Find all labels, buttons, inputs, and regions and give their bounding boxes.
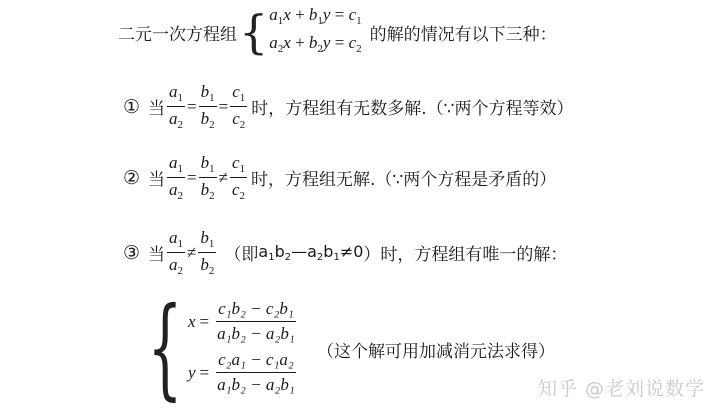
fraction-a: a1a2 — [167, 228, 185, 277]
intro-suffix: 的解的情况有以下三种： — [370, 20, 557, 45]
intro-line: 二元一次方程组 { a1x + b1y = c1 a2x + b2y = c2 … — [118, 4, 557, 60]
case-text: 时，方程组无解.（∵两个方程是矛盾的） — [251, 165, 556, 190]
case-marker: ③ — [123, 242, 140, 264]
watermark: 知乎 @老刘说数学 — [538, 374, 705, 401]
case-1: ① 当 a1a2 = b1b2 = c1c2 时，方程组有无数多解.（∵两个方程… — [123, 82, 574, 131]
intro-prefix: 二元一次方程组 — [118, 20, 237, 45]
equation-2: a2x + b2y = c2 — [269, 32, 361, 60]
fraction-c: c1c2 — [230, 82, 247, 131]
left-brace-icon: { — [148, 292, 183, 402]
fraction-b: b1b2 — [198, 228, 216, 277]
case-3: ③ 当 a1a2 ≠ b1b2 （即 a1b2—a2b1≠0 ） 时，方程组有唯… — [123, 228, 567, 277]
solution-block: { x = c₁b₂ − c₂b₁a₁b₂ − a₂b₁ y = c₂a₁ − … — [140, 292, 299, 402]
determinant-condition: a1b2—a2b1≠0 — [258, 242, 363, 263]
case-text: 时，方程组有无数多解.（∵两个方程等效） — [251, 94, 573, 119]
fraction-b: b1b2 — [199, 153, 217, 202]
solution-x: x = c₁b₂ − c₂b₁a₁b₂ − a₂b₁ — [188, 299, 299, 344]
fraction-b: b1b2 — [199, 82, 217, 131]
fraction-c: c1c2 — [230, 153, 247, 202]
fraction-a: a1a2 — [167, 153, 185, 202]
left-brace-icon: { — [239, 9, 268, 55]
fraction-a: a1a2 — [167, 82, 185, 131]
case-marker: ② — [123, 167, 140, 189]
solution-system: x = c₁b₂ − c₂b₁a₁b₂ − a₂b₁ y = c₂a₁ − c₁… — [188, 299, 299, 395]
solution-note: （这个解可用加减消元法求得） — [317, 337, 555, 362]
case-text: 时，方程组有唯一的解： — [380, 240, 567, 265]
case-marker: ① — [123, 96, 140, 118]
solution-y: y = c₂a₁ − c₁a₂a₁b₂ − a₂b₁ — [188, 350, 299, 395]
equation-system: a1x + b1y = c1 a2x + b2y = c2 — [269, 4, 361, 60]
equation-1: a1x + b1y = c1 — [269, 4, 361, 32]
case-2: ② 当 a1a2 = b1b2 ≠ c1c2 时，方程组无解.（∵两个方程是矛盾… — [123, 153, 556, 202]
